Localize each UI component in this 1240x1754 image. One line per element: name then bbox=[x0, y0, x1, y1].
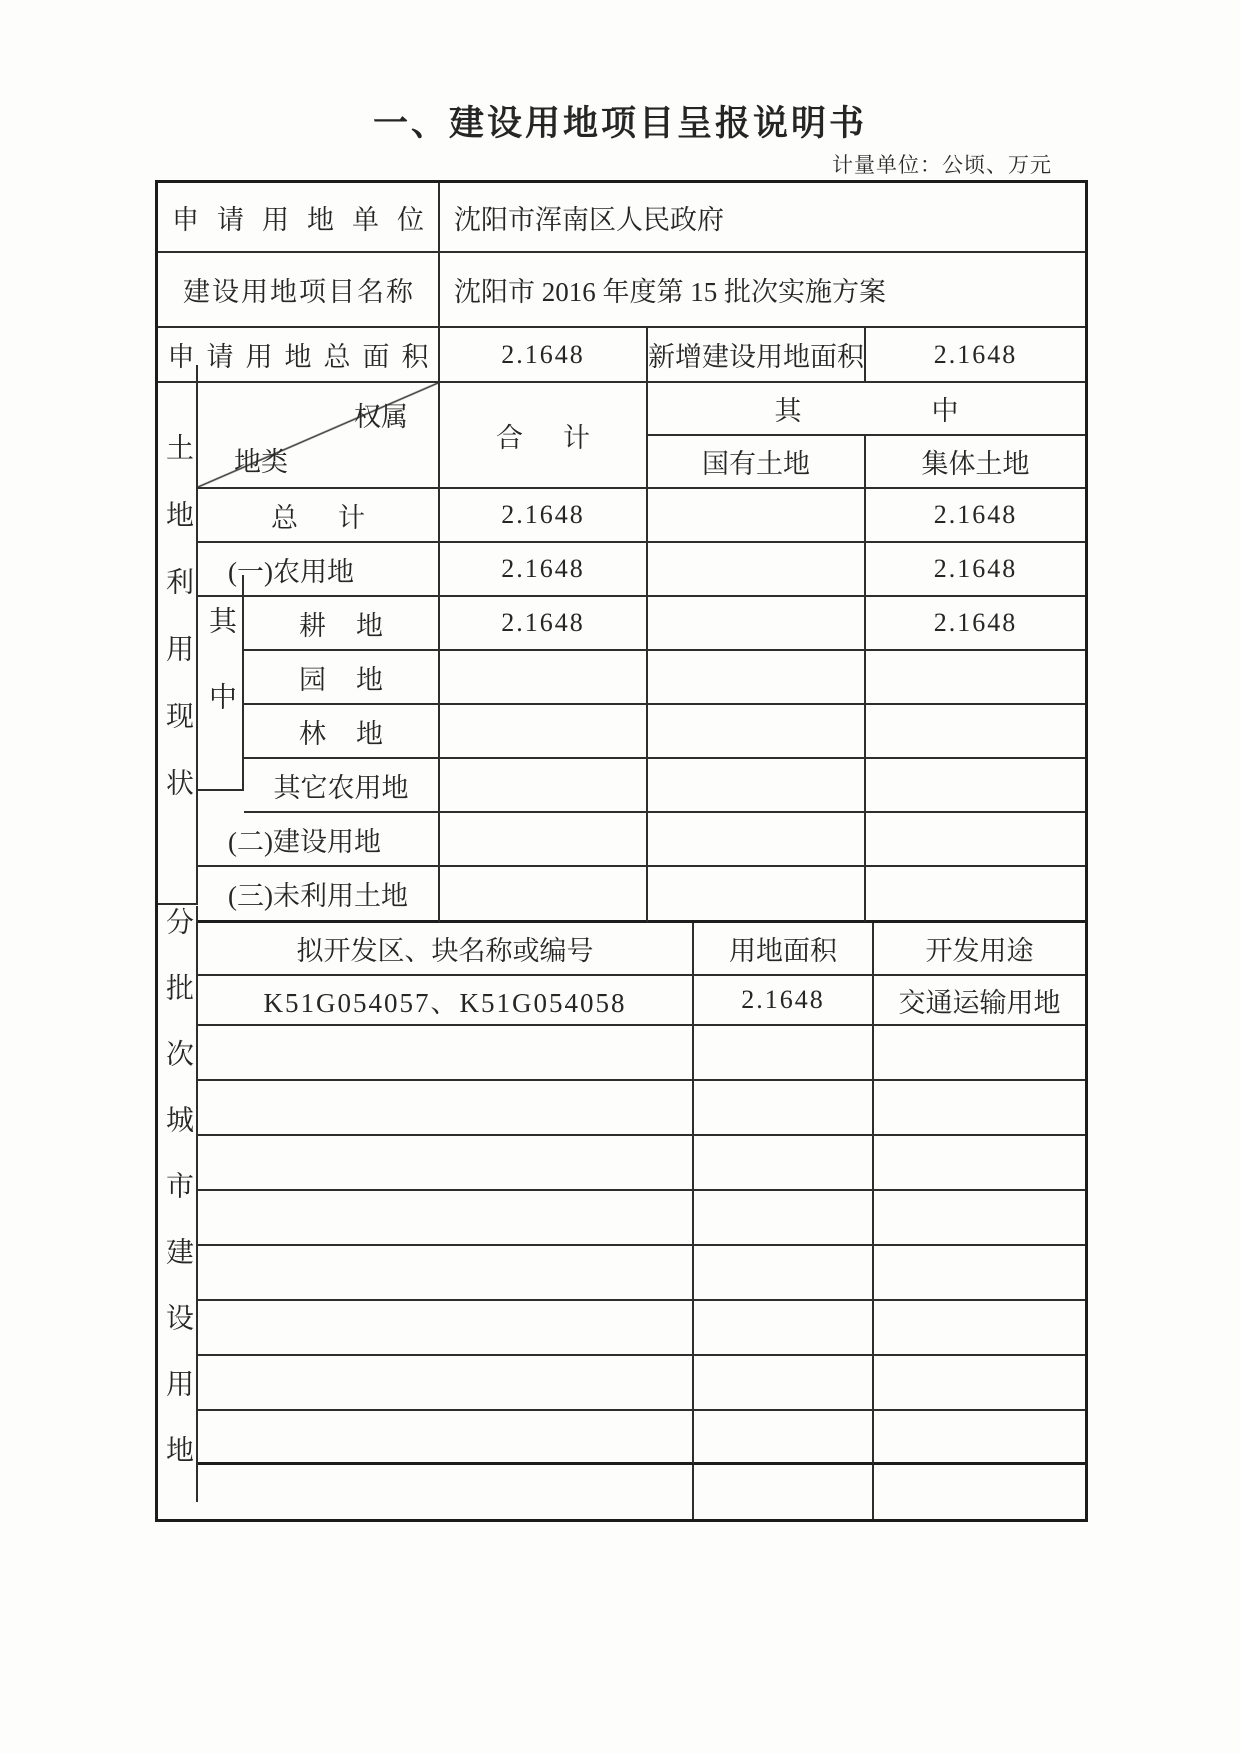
unused-collective-value bbox=[866, 867, 1085, 923]
total-collective-value: 2.1648 bbox=[866, 489, 1085, 543]
batch-empty-cell bbox=[198, 1246, 694, 1301]
new-area-label: 新增建设用地面积 bbox=[648, 328, 866, 383]
land-use-section-label: 土地利用现状 bbox=[158, 365, 198, 905]
batch-empty-cell bbox=[198, 1026, 694, 1081]
batch-parcel-use: 交通运输用地 bbox=[874, 976, 1085, 1026]
construction-sum-value bbox=[440, 813, 648, 867]
batch-empty-cell bbox=[874, 1136, 1085, 1191]
total-state-value bbox=[648, 489, 866, 543]
batch-empty-cell bbox=[694, 1246, 874, 1301]
batch-empty-cell bbox=[874, 1356, 1085, 1411]
forest-sum-value bbox=[440, 705, 648, 759]
column-header-among: 其中 bbox=[648, 383, 1085, 436]
garden-collective-value bbox=[866, 651, 1085, 705]
garden-state-value bbox=[648, 651, 866, 705]
column-header-state-owned: 国有土地 bbox=[648, 436, 866, 489]
project-name-value: 沈阳市 2016 年度第 15 批次实施方案 bbox=[440, 253, 1085, 328]
row-label-construction: (二)建设用地 bbox=[198, 813, 440, 867]
row-label-garden: 园地 bbox=[244, 651, 440, 705]
garden-sum-value bbox=[440, 651, 648, 705]
construction-state-value bbox=[648, 813, 866, 867]
column-header-collective: 集体土地 bbox=[866, 436, 1085, 489]
section-basic-info: 申请用地单位 沈阳市浑南区人民政府 建设用地项目名称 沈阳市 2016 年度第 … bbox=[158, 183, 1085, 383]
agricultural-state-value bbox=[648, 543, 866, 597]
diagonal-ownership-label: 权属 bbox=[354, 395, 408, 434]
batch-header-area: 用地面积 bbox=[694, 923, 874, 976]
agricultural-sum-value: 2.1648 bbox=[440, 543, 648, 597]
batch-empty-cell bbox=[198, 1136, 694, 1191]
batch-empty-cell bbox=[874, 1301, 1085, 1356]
applicant-value: 沈阳市浑南区人民政府 bbox=[440, 183, 1085, 253]
batch-section-label: 分批次城市建设用地 bbox=[158, 906, 198, 1502]
form-table: 申请用地单位 沈阳市浑南区人民政府 建设用地项目名称 沈阳市 2016 年度第 … bbox=[155, 180, 1088, 1522]
batch-empty-cell bbox=[694, 1465, 874, 1519]
row-label-forest: 林地 bbox=[244, 705, 440, 759]
batch-empty-cell bbox=[694, 1301, 874, 1356]
batch-empty-cell bbox=[874, 1081, 1085, 1136]
batch-empty-cell bbox=[198, 1081, 694, 1136]
batch-empty-cell bbox=[198, 1411, 694, 1465]
batch-parcel-name: K51G054057、K51G054058 bbox=[198, 976, 694, 1026]
document-title: 一、建设用地项目呈报说明书 bbox=[0, 96, 1240, 146]
cultivated-sum-value: 2.1648 bbox=[440, 597, 648, 651]
among-sublabel: 其中 bbox=[198, 575, 244, 791]
total-sum-value: 2.1648 bbox=[440, 489, 648, 543]
row-label-unused: (三)未利用土地 bbox=[198, 867, 440, 923]
total-area-value: 2.1648 bbox=[440, 328, 648, 383]
batch-empty-cell bbox=[874, 1246, 1085, 1301]
batch-empty-cell bbox=[874, 1465, 1085, 1519]
batch-empty-cell bbox=[694, 1191, 874, 1246]
batch-empty-cell bbox=[694, 1411, 874, 1465]
cultivated-collective-value: 2.1648 bbox=[866, 597, 1085, 651]
other-agricultural-sum-value bbox=[440, 759, 648, 813]
batch-empty-cell bbox=[874, 1411, 1085, 1465]
forest-state-value bbox=[648, 705, 866, 759]
cultivated-state-value bbox=[648, 597, 866, 651]
batch-empty-cell bbox=[874, 1191, 1085, 1246]
construction-collective-value bbox=[866, 813, 1085, 867]
other-agricultural-collective-value bbox=[866, 759, 1085, 813]
diagonal-header-cell: 权属 地类 bbox=[198, 383, 440, 489]
batch-empty-cell bbox=[198, 1191, 694, 1246]
section-batch: 分批次城市建设用地 拟开发区、块名称或编号 用地面积 开发用途 K51G0540… bbox=[158, 923, 1085, 1519]
batch-empty-cell bbox=[198, 1301, 694, 1356]
row-label-total: 总计 bbox=[198, 489, 440, 543]
section-land-use: 土地利用现状 权属 地类 合计 其中 国有土地 集体土地 总计 2.1648 2… bbox=[158, 383, 1085, 923]
total-area-label: 申请用地总面积 bbox=[158, 328, 440, 383]
batch-empty-cell bbox=[198, 1465, 694, 1519]
unused-state-value bbox=[648, 867, 866, 923]
batch-empty-cell bbox=[198, 1356, 694, 1411]
batch-empty-cell bbox=[874, 1026, 1085, 1081]
batch-empty-cell bbox=[694, 1136, 874, 1191]
document-page: 一、建设用地项目呈报说明书 计量单位：公顷、万元 申请用地单位 沈阳市浑南区人民… bbox=[0, 0, 1240, 1754]
agricultural-collective-value: 2.1648 bbox=[866, 543, 1085, 597]
row-label-other-agricultural: 其它农用地 bbox=[244, 759, 440, 813]
new-area-value: 2.1648 bbox=[866, 328, 1085, 383]
applicant-label: 申请用地单位 bbox=[158, 183, 440, 253]
diagonal-landtype-label: 地类 bbox=[234, 440, 288, 479]
forest-collective-value bbox=[866, 705, 1085, 759]
batch-header-name: 拟开发区、块名称或编号 bbox=[198, 923, 694, 976]
unit-note: 计量单位：公顷、万元 bbox=[0, 149, 1052, 179]
row-label-cultivated: 耕地 bbox=[244, 597, 440, 651]
column-header-total: 合计 bbox=[440, 383, 648, 489]
unused-sum-value bbox=[440, 867, 648, 923]
batch-parcel-area: 2.1648 bbox=[694, 976, 874, 1026]
batch-empty-cell bbox=[694, 1026, 874, 1081]
batch-empty-cell bbox=[694, 1356, 874, 1411]
batch-header-use: 开发用途 bbox=[874, 923, 1085, 976]
other-agricultural-state-value bbox=[648, 759, 866, 813]
project-name-label: 建设用地项目名称 bbox=[158, 253, 440, 328]
batch-empty-cell bbox=[694, 1081, 874, 1136]
